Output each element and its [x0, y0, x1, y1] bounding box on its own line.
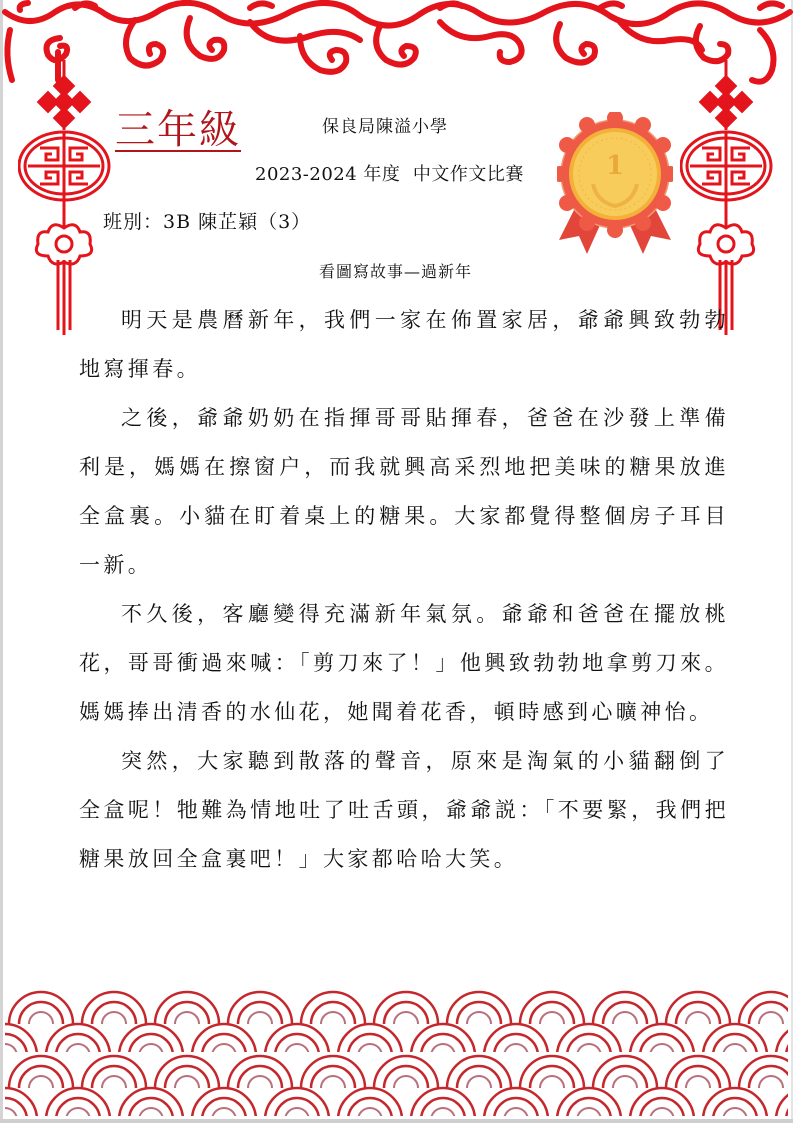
essay-body: 明天是農曆新年，我們一家在佈置家居，爺爺興致勃勃地寫揮春。 之後，爺爺奶奶在指揮… [79, 296, 729, 884]
svg-text:1: 1 [606, 151, 624, 181]
grade-title: 三年級 [115, 106, 241, 154]
essay-paragraph: 之後，爺爺奶奶在指揮哥哥貼揮春，爸爸在沙發上準備利是，媽媽在擦窗户，而我就興高采… [79, 394, 729, 590]
page-edge-bottom [0, 1119, 793, 1123]
cloud-scroll-border-icon [0, 0, 793, 95]
essay-title: 看圖寫故事—過新年 [0, 259, 793, 282]
essay-paragraph: 突然，大家聽到散落的聲音，原來是淘氣的小貓翻倒了全盒呢！牠難為情地吐了吐舌頭，爺… [79, 737, 729, 884]
gold-medal-icon: 1 [557, 112, 673, 262]
essay-title-text: 看圖寫故事—過新年 [319, 262, 472, 281]
school-name: 保良局陳溢小學 [322, 112, 448, 137]
seigaiha-wave-pattern [5, 988, 788, 1118]
essay-paragraph: 明天是農曆新年，我們一家在佈置家居，爺爺興致勃勃地寫揮春。 [79, 296, 729, 394]
student-info: 班別：3B 陳芷穎（3） [103, 207, 311, 234]
competition-title: 2023-2024 年度 中文作文比賽 [255, 160, 524, 186]
essay-paragraph: 不久後，客廳變得充滿新年氣氛。爺爺和爸爸在擺放桃花，哥哥衝過來喊：「剪刀來了！」… [79, 590, 729, 737]
page-edge-left [0, 0, 3, 1123]
